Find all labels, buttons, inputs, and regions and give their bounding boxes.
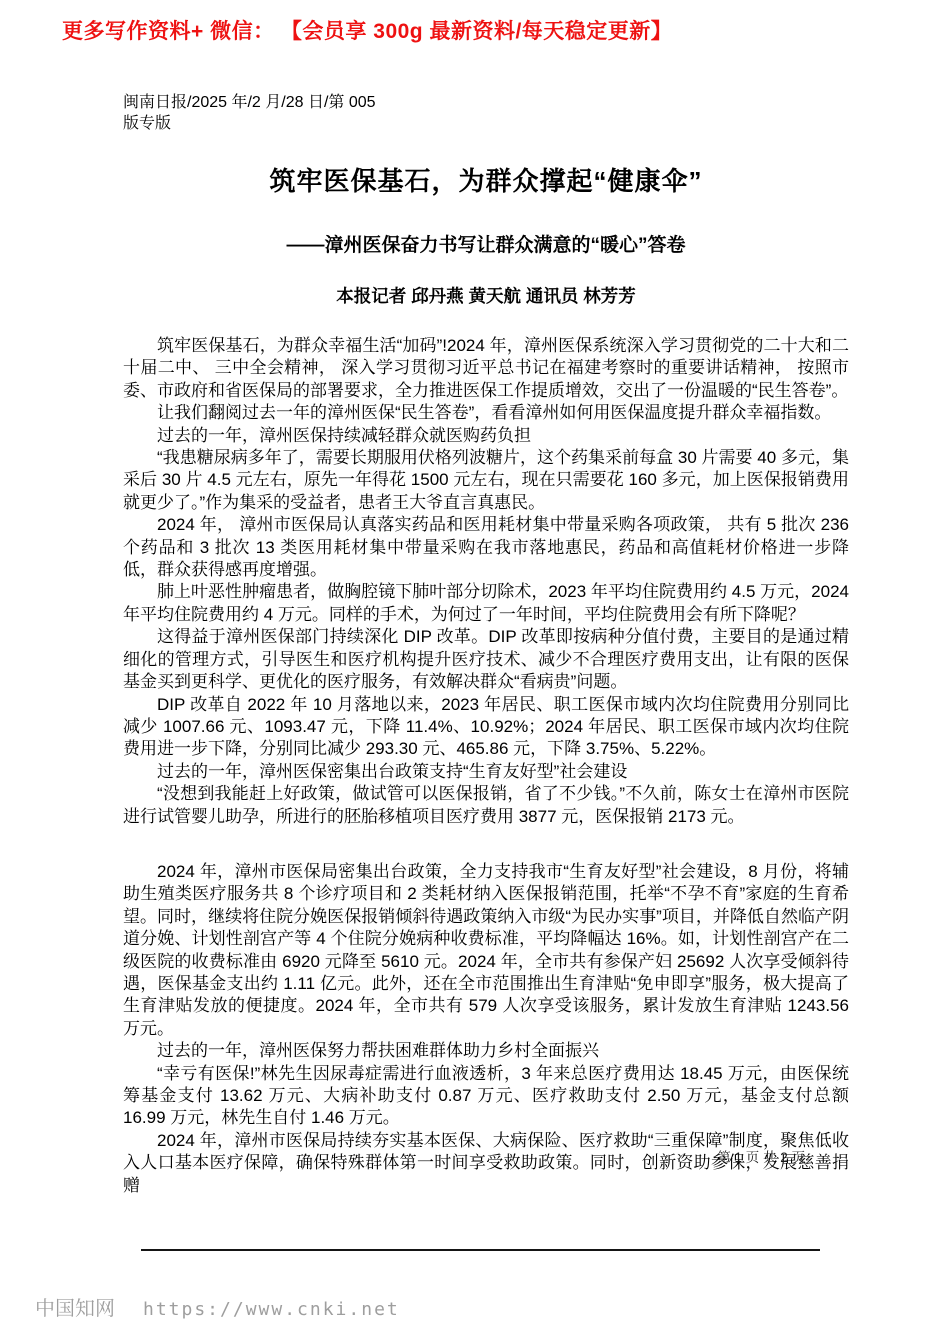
- footer-separator-line: [141, 1249, 820, 1251]
- promo-banner: 更多写作资料+ 微信： 【会员享 300g 最新资料/每天稳定更新】: [62, 15, 672, 45]
- article-subtitle: ——漳州医保奋力书写让群众满意的“暖心”答卷: [123, 230, 849, 257]
- article-body: 筑牢医保基石，为群众幸福生活“加码”!2024 年，漳州医保系统深入学习贯彻党的…: [123, 335, 849, 1197]
- body-paragraph: “幸亏有医保!”林先生因尿毒症需进行血液透析，3 年来总医疗费用达 18.45 …: [123, 1063, 849, 1130]
- cnki-url: https://www.cnki.net: [143, 1299, 400, 1320]
- document-page: 闽南日报/2025 年/2 月/28 日/第 005 版专版 筑牢医保基石，为群…: [123, 92, 849, 1197]
- page-indicator: 第 1 页 共 2 页: [717, 1146, 805, 1166]
- article-title: 筑牢医保基石，为群众撑起“健康伞”: [123, 161, 849, 198]
- publication-source: 闽南日报/2025 年/2 月/28 日/第 005 版专版: [123, 92, 443, 134]
- body-paragraph: 2024 年，漳州市医保局密集出台政策，全力支持我市“生育友好型”社会建设，8 …: [123, 861, 849, 1040]
- body-paragraph: “我患糖尿病多年了，需要长期服用伏格列波糖片，这个药集采前每盒 30 片需要 4…: [123, 447, 849, 514]
- body-paragraph: 筑牢医保基石，为群众幸福生活“加码”!2024 年，漳州医保系统深入学习贯彻党的…: [123, 335, 849, 402]
- body-paragraph: 过去的一年，漳州医保努力帮扶困难群体助力乡村全面振兴: [123, 1040, 849, 1062]
- body-paragraph: “没想到我能赶上好政策，做试管可以医保报销，省了不少钱。”不久前，陈女士在漳州市…: [123, 783, 849, 828]
- article-byline: 本报记者 邱丹燕 黄天航 通讯员 林芳芳: [123, 283, 849, 308]
- body-paragraph: DIP 改革自 2022 年 10 月落地以来，2023 年居民、职工医保市域内…: [123, 694, 849, 761]
- body-paragraph: 过去的一年，漳州医保密集出台政策支持“生育友好型”社会建设: [123, 761, 849, 783]
- body-paragraph: 这得益于漳州医保部门持续深化 DIP 改革。DIP 改革即按病种分值付费，主要目…: [123, 626, 849, 693]
- body-paragraph: 过去的一年，漳州医保持续减轻群众就医购药负担: [123, 425, 849, 447]
- body-paragraph: 2024 年， 漳州市医保局认真落实药品和医用耗材集中带量采购各项政策， 共有 …: [123, 514, 849, 581]
- body-paragraph: 让我们翻阅过去一年的漳州医保“民生答卷”，看看漳州如何用医保温度提升群众幸福指数…: [123, 402, 849, 424]
- body-paragraph: 肺上叶恶性肿瘤患者，做胸腔镜下肺叶部分切除术，2023 年平均住院费用约 4.5…: [123, 581, 849, 626]
- cnki-watermark: 中国知网https://www.cnki.net: [35, 1292, 400, 1321]
- cnki-logo-text: 中国知网: [35, 1296, 115, 1320]
